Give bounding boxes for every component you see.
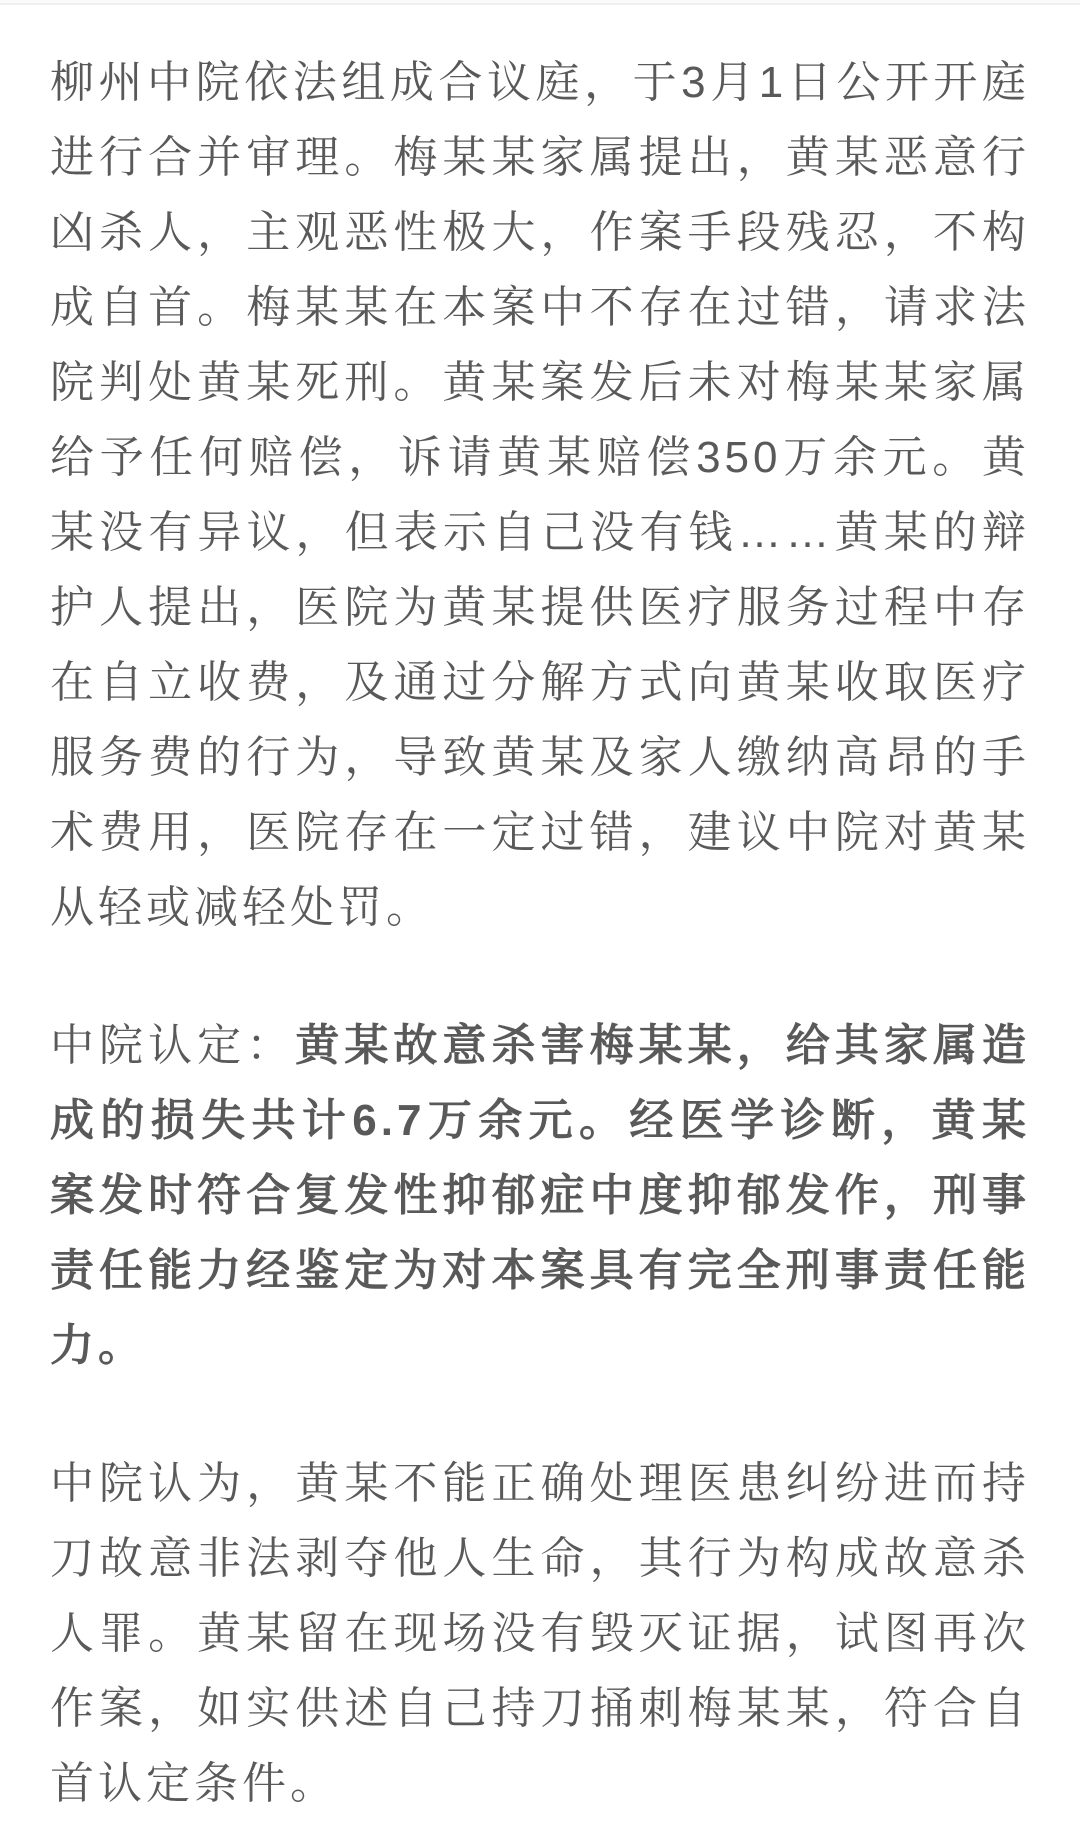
paragraph-court-opinion: 中院认为，黄某不能正确处理医患纠纷进而持刀故意非法剥夺他人生命，其行为构成故意杀… [50, 1446, 1030, 1821]
paragraph-court-opinion-text: 中院认为，黄某不能正确处理医患纠纷进而持刀故意非法剥夺他人生命，其行为构成故意杀… [50, 1459, 1030, 1808]
paragraph-court-hearing-text: 柳州中院依法组成合议庭，于3月1日公开开庭进行合并审理。梅某某家属提出，黄某恶意… [50, 58, 1030, 932]
paragraph-court-finding-bold: 黄某故意杀害梅某某，给其家属造成的损失共计6.7万余元。经医学诊断，黄某案发时符… [50, 1021, 1030, 1370]
paragraph-court-finding: 中院认定：黄某故意杀害梅某某，给其家属造成的损失共计6.7万余元。经医学诊断，黄… [50, 1008, 1030, 1383]
article-body: 柳州中院依法组成合议庭，于3月1日公开开庭进行合并审理。梅某某家属提出，黄某恶意… [0, 5, 1080, 1821]
paragraph-court-hearing: 柳州中院依法组成合议庭，于3月1日公开开庭进行合并审理。梅某某家属提出，黄某恶意… [50, 45, 1030, 945]
paragraph-court-finding-lead: 中院认定： [50, 1021, 295, 1070]
article-page: 柳州中院依法组成合议庭，于3月1日公开开庭进行合并审理。梅某某家属提出，黄某恶意… [0, 0, 1080, 1836]
